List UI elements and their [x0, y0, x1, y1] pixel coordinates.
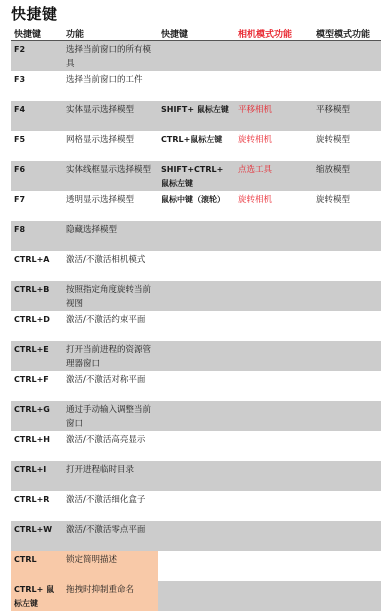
key-cell: CTRL+W [11, 521, 63, 551]
model-mode-cell: 旋转模型 [313, 191, 381, 221]
table-row: F6实体线框显示选择模型SHIFT+CTRL+ 鼠标左键点选工具缩放模型 [11, 161, 381, 191]
table-row: F7透明显示选择模型鼠标中键（滚轮）旋转相机旋转模型 [11, 191, 381, 221]
function-cell: 锁定简明描述 [63, 551, 158, 581]
function-cell: 网格显示选择模型 [63, 131, 158, 161]
model-mode-cell [313, 521, 381, 551]
key-cell: F4 [11, 101, 63, 131]
page-title: 快捷键 [11, 3, 58, 24]
key-cell: CTRL+A [11, 251, 63, 281]
model-mode-cell [313, 371, 381, 401]
function-cell: 实体线框显示选择模型 [63, 161, 158, 191]
key-cell: F6 [11, 161, 63, 191]
key-cell: F3 [11, 71, 63, 101]
function-cell: 打开进程临时目录 [63, 461, 158, 491]
function-cell: 打开当前进程的资源管理器窗口 [63, 341, 158, 371]
table-row: F3选择当前窗口的工件 [11, 71, 381, 101]
camera-mode-cell [235, 521, 313, 551]
function-cell: 激活/不激活约束平面 [63, 311, 158, 341]
model-mode-cell [313, 71, 381, 101]
model-mode-cell: 旋转模型 [313, 131, 381, 161]
shortcut-cell: SHIFT+CTRL+ 鼠标左键 [158, 161, 235, 191]
shortcut-cell [158, 431, 235, 461]
table-row: CTRL+A激活/不激活相机模式 [11, 251, 381, 281]
model-mode-cell [313, 461, 381, 491]
camera-mode-cell [235, 251, 313, 281]
model-mode-cell [313, 281, 381, 311]
key-cell: CTRL+ 鼠标左键 [11, 581, 63, 611]
function-cell: 实体显示选择模型 [63, 101, 158, 131]
shortcut-cell: CTRL+鼠标左键 [158, 131, 235, 161]
table-row: F2选择当前窗口的所有模具 [11, 41, 381, 72]
header-shortcut: 快捷键 [158, 27, 235, 41]
shortcut-cell [158, 491, 235, 521]
table-row: CTRL+H激活/不激活高亮显示 [11, 431, 381, 461]
header-function: 功能 [63, 27, 158, 41]
table-row: CTRL+D激活/不激活约束平面 [11, 311, 381, 341]
shortcut-cell [158, 401, 235, 431]
table-row: CTRL+I打开进程临时目录 [11, 461, 381, 491]
model-mode-cell [313, 431, 381, 461]
camera-mode-cell [235, 431, 313, 461]
shortcut-cell [158, 281, 235, 311]
table-row: F4实体显示选择模型SHIFT+ 鼠标左键平移相机平移模型 [11, 101, 381, 131]
camera-mode-cell [235, 71, 313, 101]
model-mode-cell [313, 221, 381, 251]
header-camera-mode: 相机模式功能 [235, 27, 313, 41]
shortcut-cell [158, 551, 235, 581]
camera-mode-cell: 点选工具 [235, 161, 313, 191]
table-row: CTRL锁定简明描述 [11, 551, 381, 581]
key-cell: CTRL+I [11, 461, 63, 491]
shortcut-cell [158, 221, 235, 251]
key-cell: CTRL+B [11, 281, 63, 311]
header-key: 快捷键 [11, 27, 63, 41]
table-row: CTRL+G通过手动输入调整当前窗口 [11, 401, 381, 431]
key-cell: CTRL+D [11, 311, 63, 341]
shortcut-cell: SHIFT+ 鼠标左键 [158, 101, 235, 131]
function-cell: 激活/不激活细化盒子 [63, 491, 158, 521]
shortcut-cell [158, 371, 235, 401]
key-cell: CTRL [11, 551, 63, 581]
key-cell: F2 [11, 41, 63, 72]
function-cell: 隐藏选择模型 [63, 221, 158, 251]
camera-mode-cell: 平移相机 [235, 101, 313, 131]
function-cell: 透明显示选择模型 [63, 191, 158, 221]
table-row: CTRL+ 鼠标左键拖拽时抑制重命名 [11, 581, 381, 611]
shortcut-cell [158, 341, 235, 371]
camera-mode-cell [235, 371, 313, 401]
camera-mode-cell [235, 401, 313, 431]
camera-mode-cell [235, 581, 313, 611]
shortcut-cell [158, 41, 235, 72]
shortcut-cell [158, 521, 235, 551]
shortcut-cell [158, 251, 235, 281]
key-cell: CTRL+E [11, 341, 63, 371]
key-cell: CTRL+F [11, 371, 63, 401]
model-mode-cell [313, 41, 381, 72]
key-cell: F5 [11, 131, 63, 161]
function-cell: 通过手动输入调整当前窗口 [63, 401, 158, 431]
model-mode-cell [313, 311, 381, 341]
function-cell: 选择当前窗口的工件 [63, 71, 158, 101]
camera-mode-cell [235, 551, 313, 581]
shortcut-table: 快捷键 功能 快捷键 相机模式功能 模型模式功能 F2选择当前窗口的所有模具F3… [11, 27, 381, 611]
camera-mode-cell: 旋转相机 [235, 131, 313, 161]
camera-mode-cell [235, 41, 313, 72]
table-row: F8隐藏选择模型 [11, 221, 381, 251]
function-cell: 激活/不激活零点平面 [63, 521, 158, 551]
shortcut-cell [158, 461, 235, 491]
camera-mode-cell [235, 221, 313, 251]
function-cell: 选择当前窗口的所有模具 [63, 41, 158, 72]
model-mode-cell [313, 251, 381, 281]
table-row: CTRL+W激活/不激活零点平面 [11, 521, 381, 551]
table-row: F5网格显示选择模型CTRL+鼠标左键旋转相机旋转模型 [11, 131, 381, 161]
shortcut-cell [158, 311, 235, 341]
table-row: CTRL+R激活/不激活细化盒子 [11, 491, 381, 521]
model-mode-cell: 平移模型 [313, 101, 381, 131]
table-row: CTRL+E打开当前进程的资源管理器窗口 [11, 341, 381, 371]
function-cell: 激活/不激活对称平面 [63, 371, 158, 401]
camera-mode-cell [235, 461, 313, 491]
function-cell: 激活/不激活高亮显示 [63, 431, 158, 461]
model-mode-cell [313, 341, 381, 371]
model-mode-cell [313, 491, 381, 521]
header-model-mode: 模型模式功能 [313, 27, 381, 41]
model-mode-cell [313, 581, 381, 611]
key-cell: F7 [11, 191, 63, 221]
table-header-row: 快捷键 功能 快捷键 相机模式功能 模型模式功能 [11, 27, 381, 41]
table-row: CTRL+B按照指定角度旋转当前视图 [11, 281, 381, 311]
function-cell: 按照指定角度旋转当前视图 [63, 281, 158, 311]
camera-mode-cell [235, 341, 313, 371]
key-cell: F8 [11, 221, 63, 251]
model-mode-cell [313, 401, 381, 431]
key-cell: CTRL+G [11, 401, 63, 431]
shortcut-cell [158, 581, 235, 611]
camera-mode-cell [235, 281, 313, 311]
function-cell: 拖拽时抑制重命名 [63, 581, 158, 611]
key-cell: CTRL+R [11, 491, 63, 521]
function-cell: 激活/不激活相机模式 [63, 251, 158, 281]
shortcut-cell: 鼠标中键（滚轮） [158, 191, 235, 221]
key-cell: CTRL+H [11, 431, 63, 461]
model-mode-cell: 缩放模型 [313, 161, 381, 191]
table-row: CTRL+F激活/不激活对称平面 [11, 371, 381, 401]
model-mode-cell [313, 551, 381, 581]
shortcut-cell [158, 71, 235, 101]
camera-mode-cell [235, 491, 313, 521]
camera-mode-cell [235, 311, 313, 341]
camera-mode-cell: 旋转相机 [235, 191, 313, 221]
